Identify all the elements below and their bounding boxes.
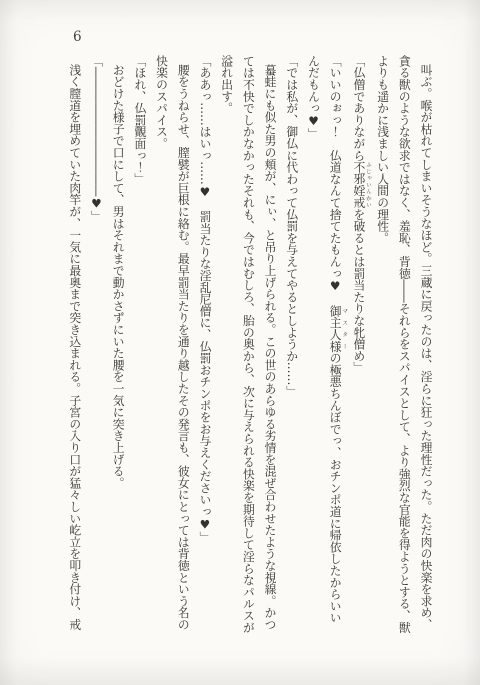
paragraph: 浅く膣道を埋めていた肉竿が、一気に最奥まで突き込まれる。子宮の入り口が猛々しい屹…	[63, 55, 85, 635]
ruby-annotated-word: 御主人様マスター	[328, 305, 342, 352]
paragraph: 「―――――――――――♥」	[85, 55, 107, 635]
paragraph: 「仏僧でありながら不邪婬戒ふじゃいんかいを破るとは罰当たりな牝僧め」	[347, 55, 371, 635]
paragraph: 腰をうねらせ、膣襞が巨根に絡む。最早罰当たりを通り越したその発言も、彼女にとって…	[150, 55, 193, 635]
furigana: マスター	[341, 305, 347, 352]
novel-text-block: 叫ぶ。喉が枯れてしまいそうなほど。三蔵に戻ったのは、淫らに狂った理性だった。ただ…	[64, 55, 436, 635]
page-number: 6	[73, 29, 82, 45]
paragraph: 「では私が、御仏に代わって仏罰を与えてやるとしようか……」	[280, 55, 302, 635]
furigana: ふじゃいんかい	[365, 161, 371, 208]
paragraph: 「ほれ、仏罰覿面っ！」	[128, 55, 150, 635]
paragraph: 叫ぶ。喉が枯れてしまいそうなほど。三蔵に戻ったのは、淫らに狂った理性だった。ただ…	[371, 55, 436, 635]
paragraph: 蟇蛙にも似た男の頬が、にぃ、と吊り上げられる。この世のあらゆる劣情を混ぜ合わせた…	[215, 55, 280, 635]
book-page: 6 叫ぶ。喉が枯れてしまいそうなほど。三蔵に戻ったのは、淫らに狂った理性だった。…	[0, 0, 480, 685]
paragraph: おどけた様子で口にして、男はそれまで動かさずにいた腰を一気に突き上げる。	[106, 55, 128, 635]
paragraph: 「ああっ……はいっ……♥ 罰当たりな淫乱尼僧に、仏罰おチンポをお与えくださいっ♥…	[193, 55, 215, 635]
paragraph: 「いいのぉっ！ 仏道なんて捨てたもんっ♥ 御主人様マスターの極悪ちんぼでっ、おチ…	[302, 55, 347, 635]
ruby-annotated-word: 不邪婬戒ふじゃいんかい	[352, 161, 366, 208]
